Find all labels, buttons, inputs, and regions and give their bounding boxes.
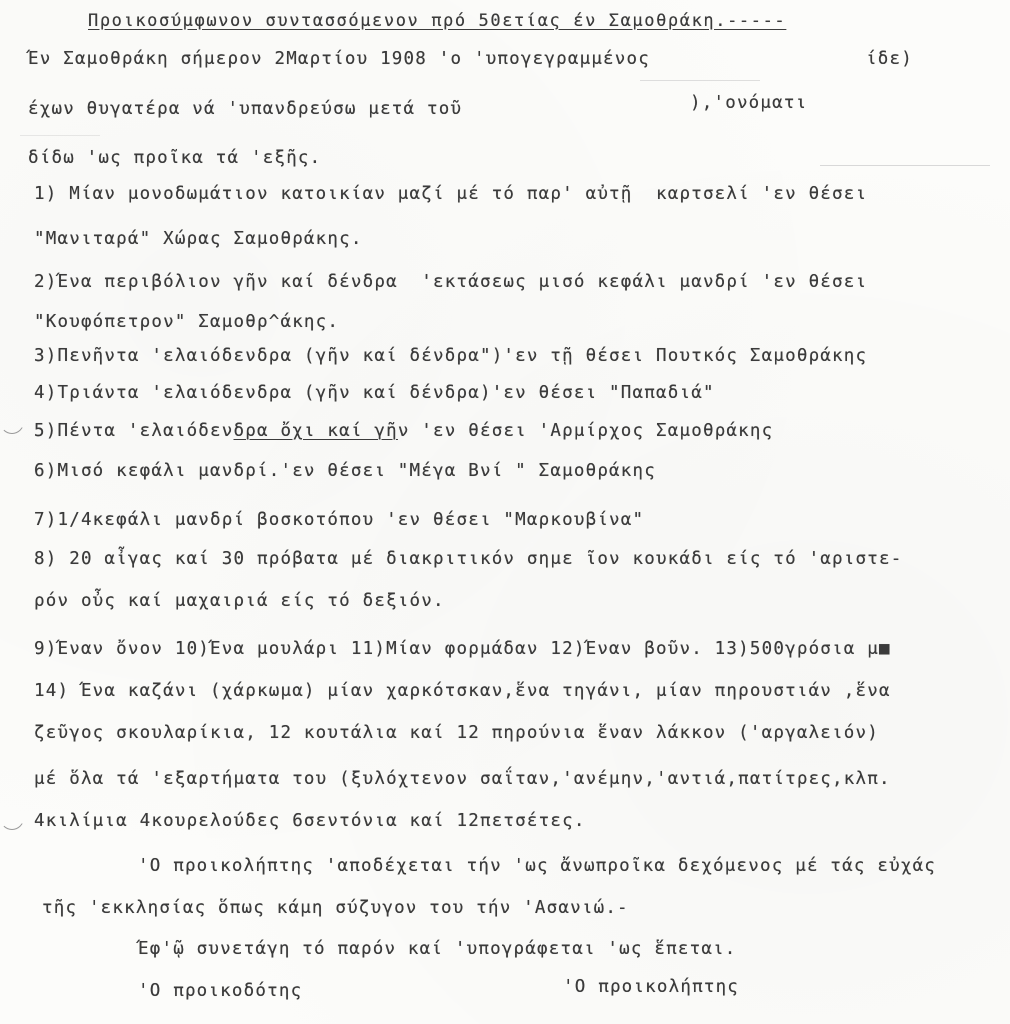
scan-artifact [640,80,760,81]
document-title: Προικοσύμφωνον συντασσόμενον πρό 50ετίας… [88,10,786,32]
item-9-line-3: ζεῦγος σκουλαρίκια, 12 κουτάλια καί 12 π… [34,722,879,744]
item-5-underlined: δρα ὄχι καί γῆ [234,421,398,441]
item-3: 3)Πενῆντα 'ελαιόδενδρα (γῆν καί δένδρα")… [34,345,867,367]
signature-receiver: 'Ο προικολήπτης [563,976,739,998]
item-9-line-5: 4κιλίμια 4κουρελούδες 6σεντόνια καί 12πε… [34,810,586,832]
marginal-note: ίδε) [866,48,913,70]
item-1-line-2: "Μανιταρά" Χώρας Σαμοθράκης. [34,228,363,250]
item-5-pre: 5)Πέντα 'ελαιόδεν [34,421,234,441]
item-4: 4)Τριάντα 'ελαιόδενδρα (γῆν καί δένδρα)'… [34,382,715,404]
signature-giver: 'Ο προικοδότης [138,980,302,1002]
closing-line-3: Έφ'ῷ συνετάγη τό παρόν καί 'υπογράφεται … [138,938,737,960]
intro-line-3: δίδω 'ως προῖκα τά 'εξῆς. [28,147,321,169]
scan-artifact [20,135,100,136]
item-5: 5)Πέντα 'ελαιόδενδρα ὄχι καί γῆν 'εν θέσ… [34,420,773,442]
item-7: 7)1/4κεφάλι μανδρί βοσκοτόπου 'εν θέσει … [34,509,644,531]
margin-mark [0,422,24,434]
intro-line-2-name: ),'ονόματι [690,92,807,114]
item-5-post: ν 'εν θέσει 'Αρμίρχος Σαμοθράκης [398,421,774,441]
item-2-line-1: 2)Ένα περιβόλιον γῆν καί δένδρα 'εκτάσεω… [34,271,867,293]
item-8-line-1: 8) 20 αἶγας καί 30 πρόβατα μέ διακριτικό… [34,548,902,570]
intro-line-1: Έν Σαμοθράκη σήμερον 2Μαρτίου 1908 'ο 'υ… [28,48,650,70]
closing-line-1: 'Ο προικολήπτης 'αποδέχεται τήν 'ως ἄνωπ… [138,855,936,877]
scan-artifact [820,165,990,166]
intro-line-2: έχων θυγατέρα νά 'υπανδρεύσω μετά τοῦ [28,98,462,120]
item-9-line-4: μέ ὅλα τά 'εξαρτήματα του (ξυλόχτενον σα… [34,768,891,790]
item-8-line-2: ρόν οὖς καί μαχαιριά είς τό δεξιόν. [34,590,445,612]
item-9-line-2: 14) Ένα καζάνι (χάρκωμα) μίαν χαρκότσκαν… [34,680,891,702]
item-2-line-2: "Κουφόπετρον" Σαμοθρ^άκης. [34,311,339,333]
margin-mark [0,818,24,830]
closing-line-2: τῆς 'εκκλησίας ὅπως κάμη σύζυγον του τήν… [42,897,629,919]
item-1-line-1: 1) Μίαν μονοδωμάτιον κατοικίαν μαζί μέ τ… [34,183,867,205]
scanned-document-page: Προικοσύμφωνον συντασσόμενον πρό 50ετίας… [0,0,1010,1024]
item-6: 6)Μισό κεφάλι μανδρί.'εν θέσει "Μέγα Βνί… [34,460,656,482]
item-9-line-1: 9)Έναν ὄνον 10)Ένα μουλάρι 11)Μίαν φορμά… [34,638,891,660]
